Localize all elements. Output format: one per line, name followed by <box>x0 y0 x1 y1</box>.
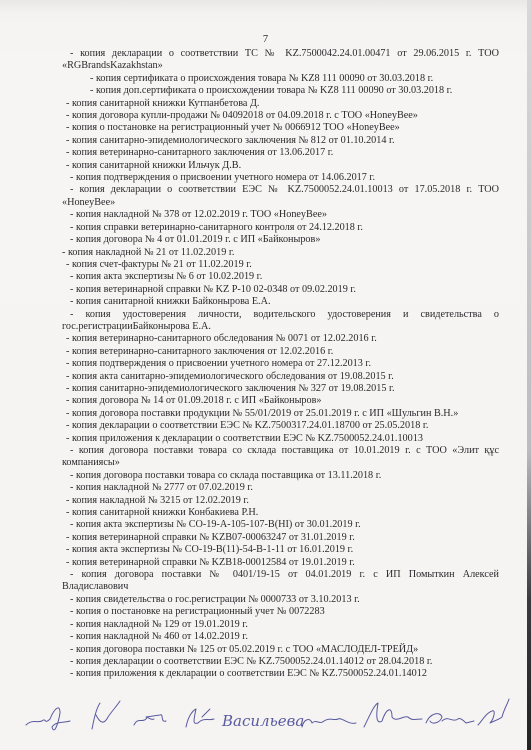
scan-edge-shadow <box>527 0 531 750</box>
list-item: - копия о постановке на регистрационный … <box>62 606 499 618</box>
list-item: - копия ветеринарной справки № KZB07-000… <box>62 532 499 544</box>
list-item-continuation: компаниясы» <box>62 457 499 469</box>
list-item-line: - копия договора поставки товара со скла… <box>62 445 499 457</box>
list-item: - копия накладной № 378 от 12.02.2019 г.… <box>62 209 499 221</box>
list-item: - копия декларации о соответствии ЕЭС № … <box>62 420 499 432</box>
list-item: - копия санитарно-эпидемиологического за… <box>62 383 499 395</box>
list-item: - копия накладной № 460 от 14.02.2019 г. <box>62 631 499 643</box>
list-item: - копия акта экспертизы № СО-19-А-105-10… <box>62 519 499 531</box>
list-item: - копия накладной № 21 от 11.02.2019 г. <box>62 247 499 259</box>
list-item: - копия санитарной книжки Байконырова Е.… <box>62 296 499 308</box>
list-item-line: - копия удостоверения личности, водитель… <box>62 309 499 321</box>
list-item: - копия акта экспертизы № СО-19-В(11)-54… <box>62 544 499 556</box>
list-item: - копия санитарной книжки Ильчук Д.В. <box>62 160 499 172</box>
document-list: - копия декларации о соответствии ТС № K… <box>62 48 499 681</box>
signature-strokes-icon: Васильева <box>20 695 510 740</box>
list-item: - копия договора поставки № 125 от 05.02… <box>62 644 499 656</box>
list-item: - копия ветеринарной справки № KZB18-000… <box>62 557 499 569</box>
list-item: - копия подтверждения о присвоении учетн… <box>62 358 499 370</box>
list-item-line: - копия декларации о соответствии ЕЭС № … <box>62 184 499 196</box>
list-item-continuation: гос.регистрацииБайконырова Е.А. <box>62 321 499 333</box>
page-number: 7 <box>0 34 531 45</box>
list-item: - копия справки ветеринарно-санитарного … <box>62 222 499 234</box>
list-item: - копия договора поставки № 0401/19-15 о… <box>62 569 499 594</box>
list-item-continuation: Владиславович <box>62 581 499 593</box>
list-item: - копия санитарно-эпидемиологического за… <box>62 135 499 147</box>
list-item: - копия ветеринарной справки № KZ P-10 0… <box>62 284 499 296</box>
list-item: - копия декларации о соответствии ЕЭС № … <box>62 184 499 209</box>
list-item: - копия накладной № 3215 от 12.02.2019 г… <box>62 495 499 507</box>
list-item: - копия акта санитарно-эпидемиологическо… <box>62 371 499 383</box>
list-item: - копия договора поставки продукции № 55… <box>62 408 499 420</box>
list-item: - копия счет-фактуры № 21 от 11.02.2019 … <box>62 259 499 271</box>
list-item-continuation: «HoneyBee» <box>62 197 499 209</box>
list-item: - копия накладной № 2777 от 07.02.2019 г… <box>62 482 499 494</box>
list-item: - копия декларации о соответствии ТС № K… <box>62 48 499 73</box>
list-item: - копия договора поставки товара со скла… <box>62 445 499 470</box>
list-item: - копия доп.сертификата о происхождении … <box>62 85 499 97</box>
list-item: - копия договора № 4 от 01.01.2019 г. с … <box>62 234 499 246</box>
list-item: - копия ветеринарно-санитарного заключен… <box>62 346 499 358</box>
list-item: - копия санитарной книжки Кутпанбетова Д… <box>62 98 499 110</box>
list-item: - копия накладной № 129 от 19.01.2019 г. <box>62 619 499 631</box>
list-item-line: - копия декларации о соответствии ТС № K… <box>62 48 499 60</box>
list-item: - копия подтверждения о присвоении учетн… <box>62 172 499 184</box>
list-item: - копия ветеринарно-санитарного обследов… <box>62 333 499 345</box>
signatures: Васильева <box>20 695 510 740</box>
list-item: - копия приложения к декларации о соотве… <box>62 668 499 680</box>
list-item: - копия о постановке на регистрационный … <box>62 122 499 134</box>
list-item: - копия ветеринарно-санитарного заключен… <box>62 147 499 159</box>
list-item: - копия удостоверения личности, водитель… <box>62 309 499 334</box>
list-item: - копия приложения к декларации о соотве… <box>62 433 499 445</box>
list-item: - копия акта экспертизы № 6 от 10.02.201… <box>62 271 499 283</box>
list-item-line: - копия договора поставки № 0401/19-15 о… <box>62 569 499 581</box>
list-item-continuation: «RGBrandsKazakhstan» <box>62 60 499 72</box>
list-item: - копия договора поставки товара со скла… <box>62 470 499 482</box>
svg-text:Васильева: Васильева <box>221 712 304 730</box>
list-item: - копия договора № 14 от 01.09.2018 г. с… <box>62 395 499 407</box>
list-item: - копия свидетельства о гос.регистрации … <box>62 594 499 606</box>
list-item: - копия договора купли-продажи № 0409201… <box>62 110 499 122</box>
list-item: - копия декларации о соответствии ЕЭС № … <box>62 656 499 668</box>
list-item: - копия санитарной книжки Конбакиева Р.Н… <box>62 507 499 519</box>
list-item: - копия сертификата о происхождения това… <box>62 73 499 85</box>
